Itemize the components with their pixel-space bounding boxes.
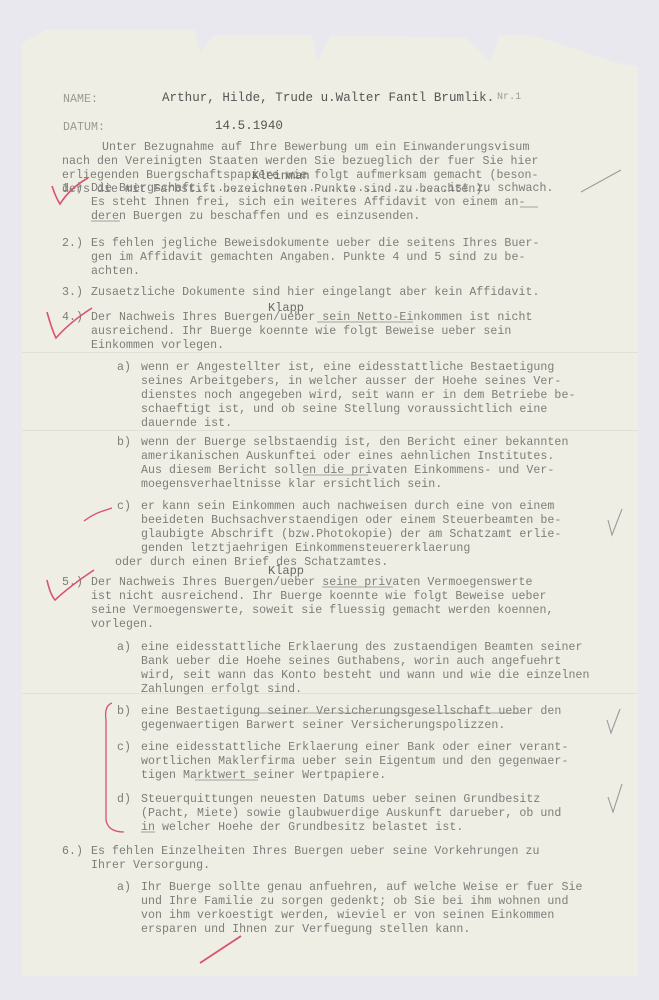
document-number: Nr.1 bbox=[497, 91, 521, 106]
name-label: NAME: bbox=[63, 93, 98, 108]
annotation-kleinman: Kleinman bbox=[252, 169, 310, 183]
fold-line bbox=[22, 430, 638, 431]
date-label: DATUM: bbox=[63, 121, 105, 136]
name-value: Arthur, Hilde, Trude u.Walter Fantl Brum… bbox=[162, 91, 494, 106]
date-value: 14.5.1940 bbox=[215, 119, 283, 134]
fold-line bbox=[22, 693, 638, 694]
